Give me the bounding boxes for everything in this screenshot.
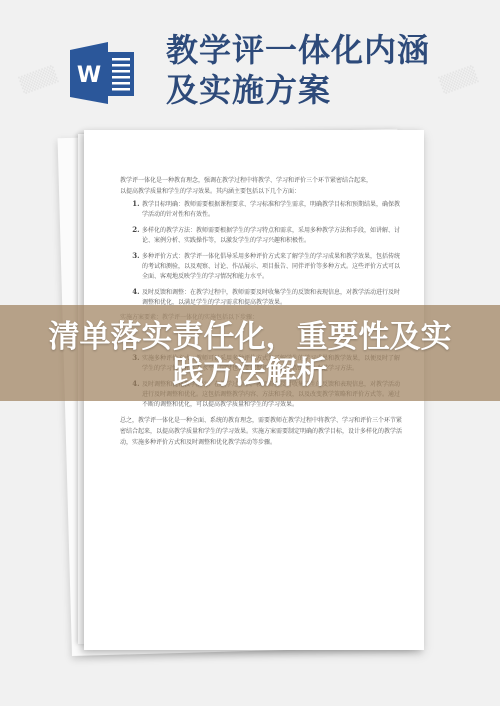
list-item: 多种评价方式：教学评一体化倡导采用多种评价方式来了解学生的学习成果和教学效果，包… <box>142 251 402 282</box>
title-line-1: 教学评一体化内涵 <box>166 30 430 70</box>
summary-paragraph: 总之，教学评一体化是一种全面、系统的教育理念，需要教师在教学过程中将教学、学习和… <box>120 415 402 448</box>
intro-line-2: 以提高教学质量和学生的学习效果。其内涵主要包括以下几个方面： <box>120 187 402 197</box>
aspects-list: 教学目标明确：教师需要根据课程要求、学习标准和学生需求，明确教学目标和预期结果，… <box>120 199 402 308</box>
list-item: 多样化的教学方法：教师需要根据学生的学习特点和需求，采用多种教学方法和手段，如讲… <box>142 225 402 246</box>
intro-line-1: 教学评一体化是一种教育理念，强调在教学过程中将教学、学习和评价三个环节紧密结合起… <box>120 176 402 186</box>
header: W 教学评一体化内涵 及实施方案 <box>0 0 500 125</box>
page-title: 教学评一体化内涵 及实施方案 <box>166 30 430 110</box>
headline-line-2: 践方法解析 <box>0 355 500 391</box>
headline: 清单落实责任化，重要性及实 践方法解析 <box>0 319 500 391</box>
word-document-icon: W <box>68 42 136 104</box>
svg-text:W: W <box>77 63 101 88</box>
headline-line-1: 清单落实责任化，重要性及实 <box>0 319 500 355</box>
list-item: 教学目标明确：教师需要根据课程要求、学习标准和学生需求，明确教学目标和预期结果，… <box>142 199 402 220</box>
title-line-2: 及实施方案 <box>166 70 430 110</box>
headline-banner: 清单落实责任化，重要性及实 践方法解析 <box>0 305 500 401</box>
